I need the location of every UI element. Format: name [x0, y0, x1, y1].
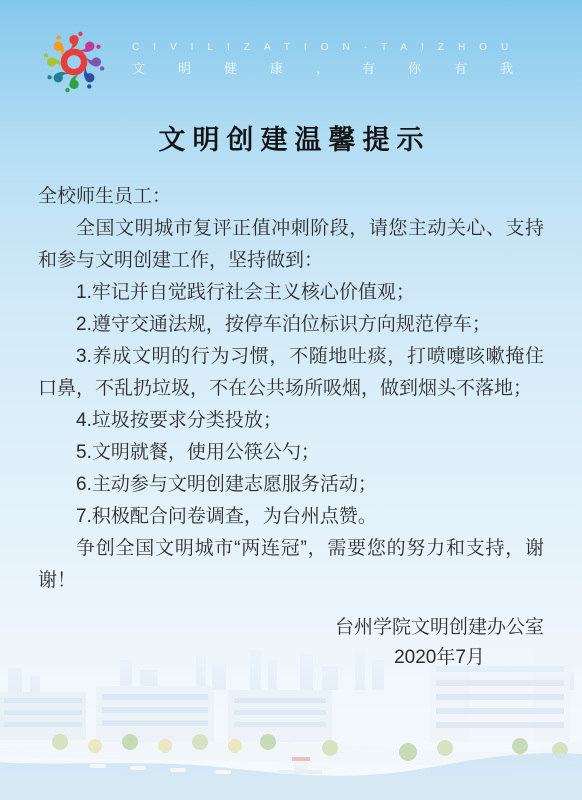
signature-block: 台州学院文明创建办公室 2020年7月 [38, 613, 544, 674]
logo-ring [64, 52, 84, 72]
signature-organization: 台州学院文明创建办公室 [335, 613, 544, 643]
list-item-7: 7.积极配合问卷调查，为台州点赞。 [38, 501, 544, 533]
paragraph-closing: 争创全国文明城市“两连冠”，需要您的努力和支持，谢谢！ [38, 533, 544, 597]
tagline-english: CIVILIZATION·TAIZHOU [132, 42, 546, 53]
header-taglines: CIVILIZATION·TAIZHOU 文明健康，有你有我 [132, 42, 546, 77]
signature-date: 2020年7月 [335, 643, 544, 673]
tagline-chinese: 文明健康，有你有我 [132, 58, 546, 77]
page-title: 文明创建温馨提示 [0, 118, 582, 157]
list-item-2: 2.遵守交通法规，按停车泊位标识方向规范停车； [38, 309, 544, 341]
civilization-flower-logo [38, 26, 110, 98]
notice-body: 全校师生员工： 全国文明城市复评正值冲刺阶段，请您主动关心、支持和参与文明创建工… [0, 181, 582, 674]
list-item-4: 4.垃圾按要求分类投放； [38, 405, 544, 437]
list-item-5: 5.文明就餐，使用公筷公勺； [38, 437, 544, 469]
list-item-6: 6.主动参与文明创建志愿服务活动； [38, 469, 544, 501]
list-item-3: 3.养成文明的行为习惯，不随地吐痰，打喷嚏咳嗽掩住口鼻，不乱扔垃圾，不在公共场所… [38, 341, 544, 405]
salutation: 全校师生员工： [38, 181, 544, 213]
logo-petal [65, 75, 78, 93]
left-buildings [0, 686, 332, 742]
header: CIVILIZATION·TAIZHOU 文明健康，有你有我 [0, 0, 582, 102]
logo-petal [69, 32, 82, 50]
logo-petal [87, 57, 105, 70]
notice-poster: CIVILIZATION·TAIZHOU 文明健康，有你有我 文明创建温馨提示 … [0, 0, 582, 800]
list-item-1: 1.牢记并自觉践行社会主义核心价值观； [38, 277, 544, 309]
logo-petal [44, 53, 62, 66]
paragraph-intro: 全国文明城市复评正值冲刺阶段，请您主动关心、支持和参与文明创建工作，坚持做到： [38, 213, 544, 277]
